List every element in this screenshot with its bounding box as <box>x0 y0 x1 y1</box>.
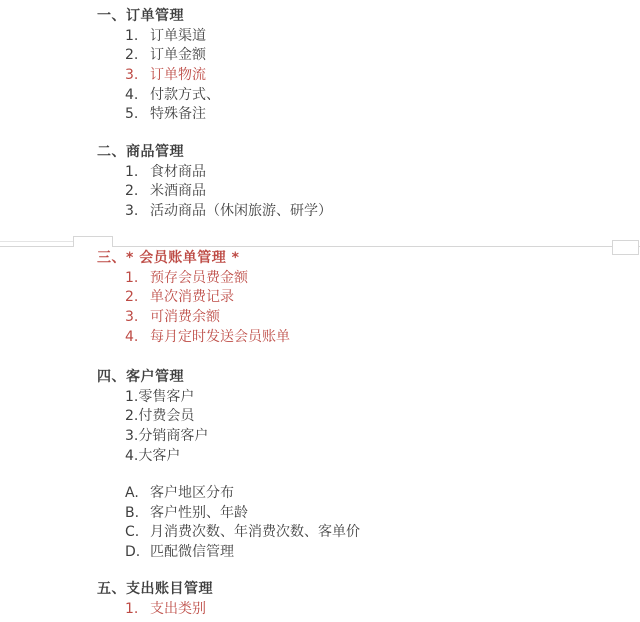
list-item: 1.食材商品 <box>125 163 620 183</box>
section-customer-analytics-sublist: A.客户地区分布 B.客户性别、年龄 C.月消费次数、年消费次数、客单价 D.匹… <box>97 484 620 563</box>
item-number: 2. <box>125 288 150 308</box>
item-text: 月消费次数、年消费次数、客单价 <box>150 524 360 540</box>
item-number: 1. <box>125 600 150 620</box>
item-text: 特殊备注 <box>150 106 206 122</box>
item-number: 3. <box>125 202 150 222</box>
item-letter: C. <box>125 523 150 543</box>
section-title: 五、支出账目管理 <box>97 580 620 600</box>
list-item: 1.预存会员费金额 <box>125 269 620 289</box>
item-letter: D. <box>125 543 150 563</box>
list-item: 5.特殊备注 <box>125 105 620 125</box>
list-item: 4.每月定时发送会员账单 <box>125 328 620 348</box>
section-items: 1.支出类别 <box>125 600 620 620</box>
item-text: 支出类别 <box>150 601 206 617</box>
list-item: 4.大客户 <box>125 447 620 467</box>
item-text: 食材商品 <box>150 164 206 180</box>
list-item: 3.活动商品（休闲旅游、研学） <box>125 202 620 222</box>
list-item: D.匹配微信管理 <box>125 543 620 563</box>
item-number: 1. <box>125 163 150 183</box>
section-title: 一、订单管理 <box>97 7 620 27</box>
list-item: A.客户地区分布 <box>125 484 620 504</box>
item-number: 3. <box>125 66 150 86</box>
item-text: 每月定时发送会员账单 <box>150 329 290 345</box>
item-letter: B. <box>125 504 150 524</box>
section-items: A.客户地区分布 B.客户性别、年龄 C.月消费次数、年消费次数、客单价 D.匹… <box>125 484 620 563</box>
section-order-management: 一、订单管理 1.订单渠道 2.订单金额 3.订单物流 4.付款方式、 5.特殊… <box>97 7 620 125</box>
item-text: 匹配微信管理 <box>150 544 234 560</box>
section-expense-management: 五、支出账目管理 1.支出类别 <box>97 580 620 619</box>
item-text: 客户性别、年龄 <box>150 505 248 521</box>
list-item: C.月消费次数、年消费次数、客单价 <box>125 523 620 543</box>
list-item: 3.订单物流 <box>125 66 620 86</box>
item-text: 订单金额 <box>150 47 206 63</box>
item-number: 4. <box>125 328 150 348</box>
item-text: 订单渠道 <box>150 28 206 44</box>
list-item: 2.单次消费记录 <box>125 288 620 308</box>
section-product-management: 二、商品管理 1.食材商品 2.米酒商品 3.活动商品（休闲旅游、研学） <box>97 143 620 222</box>
item-text: 3.分销商客户 <box>125 428 208 444</box>
section-customer-management: 四、客户管理 1.零售客户 2.付费会员 3.分销商客户 4.大客户 <box>97 368 620 466</box>
list-item: 1.零售客户 <box>125 388 620 408</box>
section-member-billing: 三、* 会员账单管理 * 1.预存会员费金额 2.单次消费记录 3.可消费余额 … <box>97 249 620 347</box>
item-number: 5. <box>125 105 150 125</box>
list-item: 1.订单渠道 <box>125 27 620 47</box>
document-page[interactable]: 一、订单管理 1.订单渠道 2.订单金额 3.订单物流 4.付款方式、 5.特殊… <box>0 0 640 622</box>
item-text: 活动商品（休闲旅游、研学） <box>150 203 332 219</box>
list-item: B.客户性别、年龄 <box>125 504 620 524</box>
list-item: 2.订单金额 <box>125 46 620 66</box>
item-number: 2. <box>125 182 150 202</box>
section-items: 1.食材商品 2.米酒商品 3.活动商品（休闲旅游、研学） <box>125 163 620 222</box>
section-items: 1.预存会员费金额 2.单次消费记录 3.可消费余额 4.每月定时发送会员账单 <box>125 269 620 348</box>
item-text: 4.大客户 <box>125 448 180 464</box>
section-title: 二、商品管理 <box>97 143 620 163</box>
item-number: 1. <box>125 27 150 47</box>
item-text: 2.付费会员 <box>125 408 194 424</box>
item-text: 单次消费记录 <box>150 289 234 305</box>
section-title: 四、客户管理 <box>97 368 620 388</box>
item-number: 4. <box>125 86 150 106</box>
section-items: 1.零售客户 2.付费会员 3.分销商客户 4.大客户 <box>125 388 620 467</box>
list-item: 2.付费会员 <box>125 407 620 427</box>
item-number: 2. <box>125 46 150 66</box>
item-text: 付款方式、 <box>150 87 220 103</box>
page-corner-left <box>73 236 113 247</box>
list-item: 3.分销商客户 <box>125 427 620 447</box>
list-item: 2.米酒商品 <box>125 182 620 202</box>
item-letter: A. <box>125 484 150 504</box>
section-items: 1.订单渠道 2.订单金额 3.订单物流 4.付款方式、 5.特殊备注 <box>125 27 620 125</box>
item-text: 1.零售客户 <box>125 389 194 405</box>
page-edge-stub <box>0 241 75 242</box>
list-item: 3.可消费余额 <box>125 308 620 328</box>
section-title: 三、* 会员账单管理 * <box>97 249 620 269</box>
item-text: 米酒商品 <box>150 183 206 199</box>
item-text: 预存会员费金额 <box>150 270 248 286</box>
item-text: 订单物流 <box>150 67 206 83</box>
item-text: 可消费余额 <box>150 309 220 325</box>
item-number: 3. <box>125 308 150 328</box>
item-text: 客户地区分布 <box>150 485 234 501</box>
list-item: 4.付款方式、 <box>125 86 620 106</box>
list-item: 1.支出类别 <box>125 600 620 620</box>
item-number: 1. <box>125 269 150 289</box>
